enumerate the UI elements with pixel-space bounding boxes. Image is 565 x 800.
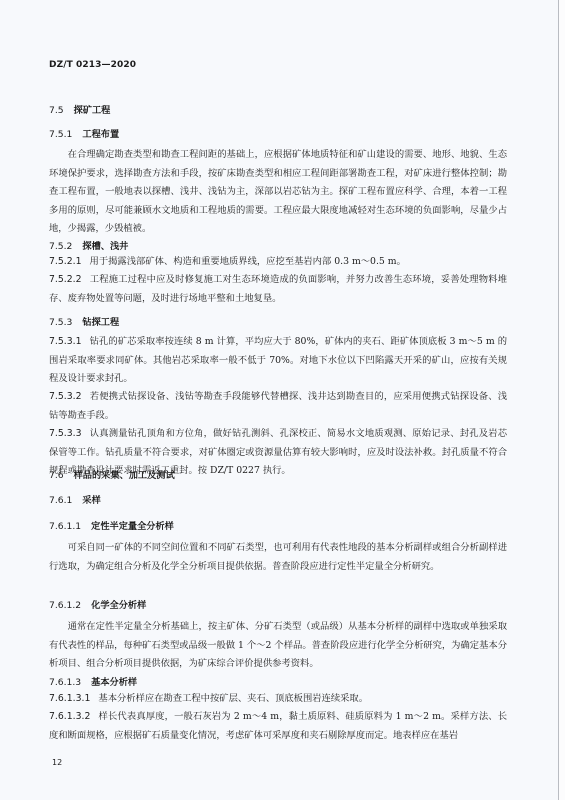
heading-title: 探槽、浅井: [82, 241, 128, 252]
clause-7-5-2-1: 7.5.2.1用于揭露浅部矿体、构造和重要地质界线，应挖至基岩内部 0.3 m～…: [49, 253, 507, 272]
clause-7-5-3-2: 7.5.3.2若便携式钻探设备、浅钻等勘查手段能够代替槽探、浅井达到勘查目的，应…: [49, 388, 507, 425]
heading-7-6: 7.6样品的采集、加工及测试: [49, 467, 175, 481]
clause-text: 钻孔的矿芯采取率按连续 8 m 计算，平均应大于 80%，矿体内的夹石、距矿体顶…: [49, 336, 507, 384]
heading-7-5: 7.5探矿工程: [49, 102, 110, 116]
clause-number: 7.5.3.2: [49, 391, 82, 402]
page-margin: [559, 0, 565, 800]
paragraph-7-5-1: 在合理确定勘查类型和勘查工程间距的基础上，应根据矿体地质特征和矿山建设的需要、地…: [49, 146, 507, 239]
heading-number: 7.5.3: [49, 317, 72, 328]
heading-title: 采样: [82, 495, 100, 506]
clause-number: 7.6.1.3.1: [49, 693, 90, 704]
clause-number: 7.5.3.1: [49, 336, 82, 347]
heading-title: 样品的采集、加工及测试: [74, 470, 175, 481]
clause-text: 用于揭露浅部矿体、构造和重要地质界线，应挖至基岩内部 0.3 m～0.5 m。: [90, 256, 406, 267]
document-page: DZ/T 0213—2020 7.5探矿工程 7.5.1工程布置 在合理确定勘查…: [0, 0, 558, 800]
heading-title: 化学全分析样: [91, 600, 146, 611]
heading-number: 7.6.1: [49, 495, 72, 506]
clause-number: 7.5.2.1: [49, 256, 82, 267]
paragraph-7-6-1-1: 可采自同一矿体的不同空间位置和不同矿石类型，也可利用有代表性地段的基本分析副样或…: [49, 539, 507, 576]
heading-title: 定性半定量全分析样: [91, 521, 174, 532]
heading-number: 7.6.1.3: [49, 677, 81, 688]
heading-title: 基本分析样: [91, 677, 137, 688]
heading-number: 7.5.2: [49, 241, 72, 252]
clause-7-6-1-3-2: 7.6.1.3.2样长代表真厚度，一般石灰岩为 2 m～4 m，黏土质原料、硅质…: [49, 708, 507, 745]
clause-7-6-1-3-1: 7.6.1.3.1基本分析样应在勘查工程中按矿层、夹石、顶底板围岩连续采取。: [49, 690, 507, 709]
heading-title: 探矿工程: [74, 105, 111, 116]
heading-7-5-1: 7.5.1工程布置: [49, 126, 119, 140]
heading-7-6-1-2: 7.6.1.2化学全分析样: [49, 597, 146, 611]
clause-number: 7.6.1.3.2: [49, 711, 90, 722]
heading-7-6-1: 7.6.1采样: [49, 492, 101, 506]
heading-7-5-3: 7.5.3钻探工程: [49, 314, 119, 328]
clause-text: 基本分析样应在勘查工程中按矿层、夹石、顶底板围岩连续采取。: [98, 693, 368, 704]
heading-number: 7.6.1.2: [49, 600, 81, 611]
heading-number: 7.6: [49, 470, 64, 481]
page-number: 12: [52, 758, 62, 767]
paragraph-7-6-1-2: 通常在定性半定量全分析基础上，按主矿体、分矿石类型（或品级）从基本分析样的副样中…: [49, 618, 507, 674]
heading-7-6-1-3: 7.6.1.3基本分析样: [49, 674, 137, 688]
clause-number: 7.5.2.2: [49, 274, 82, 285]
clause-7-5-3-1: 7.5.3.1钻孔的矿芯采取率按连续 8 m 计算，平均应大于 80%，矿体内的…: [49, 333, 507, 389]
clause-text: 工程施工过程中应及时修复施工对生态环境造成的负面影响，并努力改善生态环境，妥善处…: [49, 274, 507, 304]
heading-title: 钻探工程: [82, 317, 119, 328]
standard-id-header: DZ/T 0213—2020: [49, 60, 136, 70]
heading-7-5-2: 7.5.2探槽、浅井: [49, 238, 128, 252]
clause-7-5-2-2: 7.5.2.2工程施工过程中应及时修复施工对生态环境造成的负面影响，并努力改善生…: [49, 271, 507, 308]
clause-number: 7.5.3.3: [49, 428, 82, 439]
clause-text: 若便携式钻探设备、浅钻等勘查手段能够代替槽探、浅井达到勘查目的，应采用便携式钻探…: [49, 391, 507, 421]
heading-title: 工程布置: [82, 129, 119, 140]
heading-number: 7.5: [49, 105, 64, 116]
heading-number: 7.6.1.1: [49, 521, 81, 532]
heading-number: 7.5.1: [49, 129, 72, 140]
clause-text: 样长代表真厚度，一般石灰岩为 2 m～4 m，黏土质原料、硅质原料为 1 m～2…: [49, 711, 507, 741]
heading-7-6-1-1: 7.6.1.1定性半定量全分析样: [49, 518, 174, 532]
